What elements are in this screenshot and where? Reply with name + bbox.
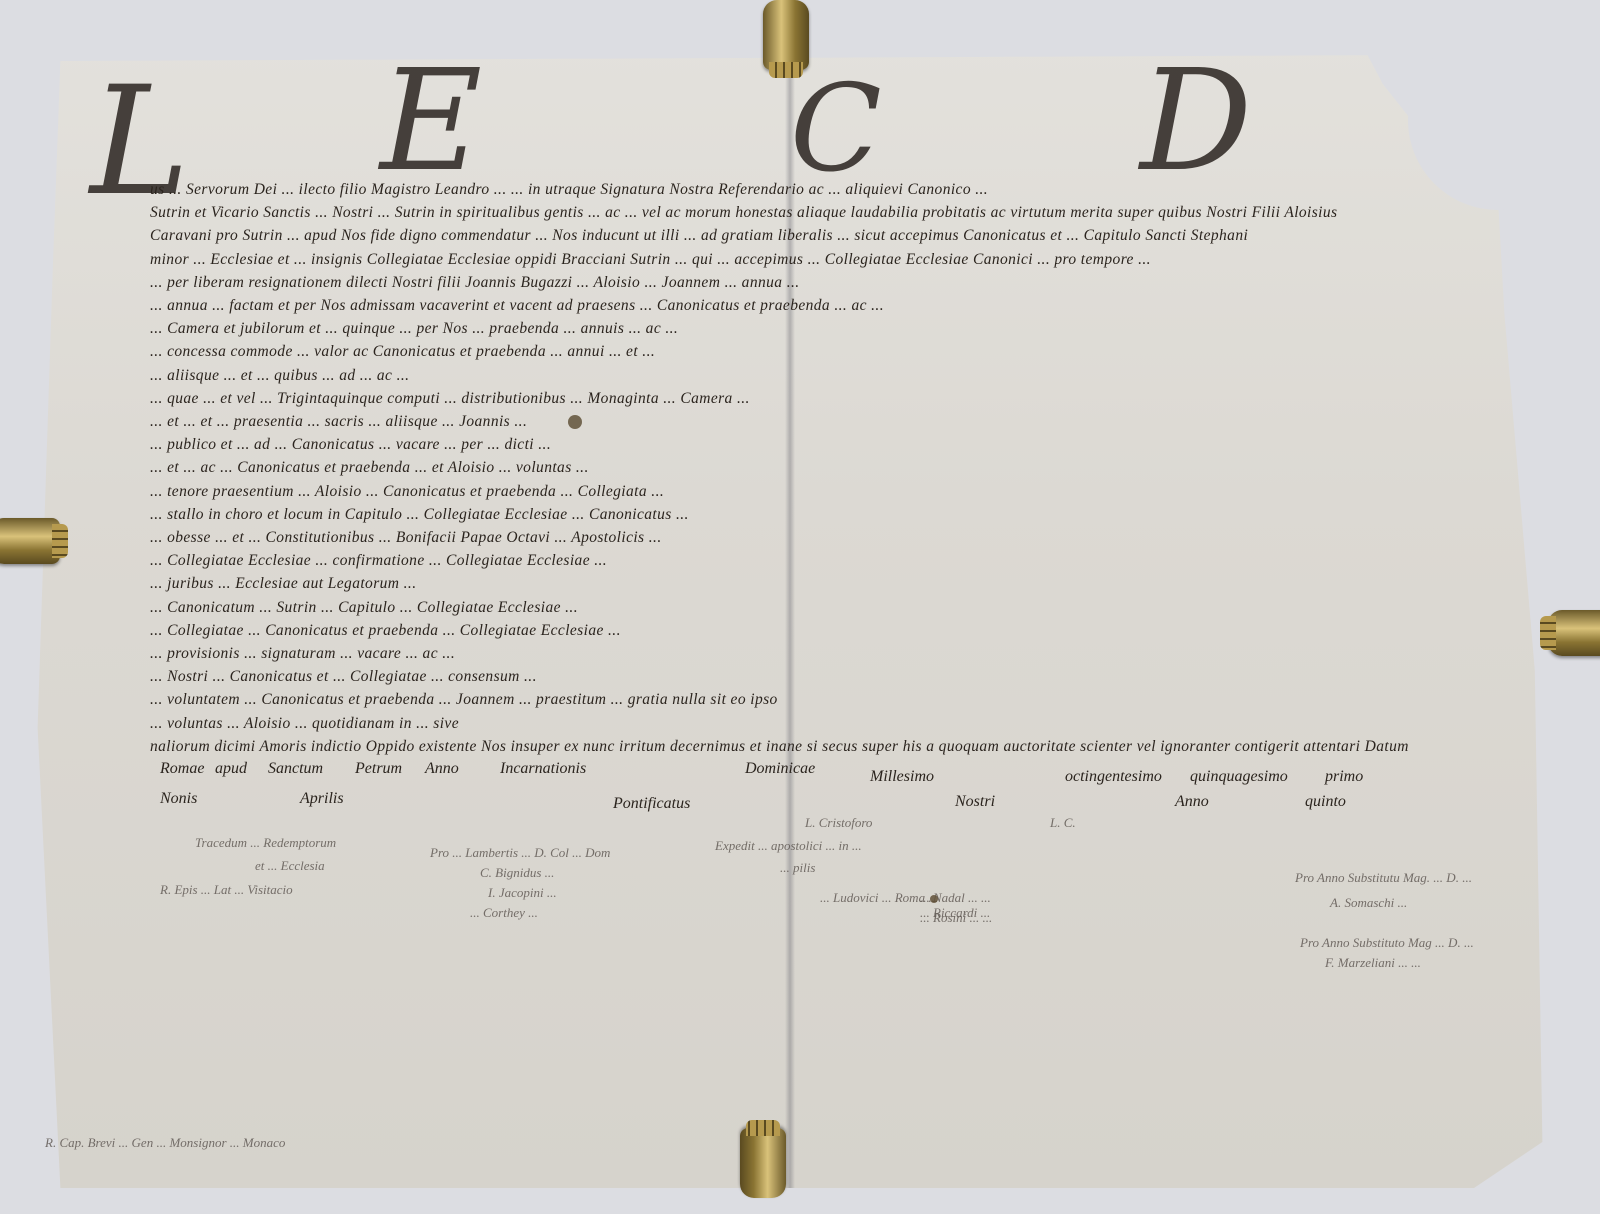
hand-holder-bottom-icon bbox=[740, 1128, 786, 1198]
date-word: Nonis bbox=[160, 790, 197, 808]
annotation-right: Pro Anno Substitutu Mag. ... D. ... bbox=[1295, 870, 1472, 886]
date-word: octingentesimo bbox=[1065, 768, 1162, 786]
annotation-bottom-left: R. Cap. Brevi ... Gen ... Monsignor ... … bbox=[45, 1135, 285, 1151]
body-line: ... et ... et ... praesentia ... sacris … bbox=[150, 410, 1530, 433]
body-line: us ... Servorum Dei ... ilecto filio Mag… bbox=[150, 178, 1530, 201]
annotation-center-right: ... Rosini ... ... bbox=[920, 910, 992, 926]
date-word: Romae bbox=[160, 760, 204, 778]
body-line: Sutrin et Vicario Sanctis ... Nostri ...… bbox=[150, 201, 1530, 224]
body-line: ... publico et ... ad ... Canonicatus ..… bbox=[150, 433, 1530, 456]
body-line: naliorum dicimi Amoris indictio Oppido e… bbox=[150, 735, 1530, 758]
body-line: ... et ... ac ... Canonicatus et praeben… bbox=[150, 456, 1530, 479]
body-line: ... concessa commode ... valor ac Canoni… bbox=[150, 340, 1530, 363]
annotation-center-right: L. C. bbox=[1050, 815, 1076, 831]
ink-stain bbox=[568, 415, 582, 429]
body-line: ... voluntatem ... Canonicatus et praebe… bbox=[150, 688, 1530, 711]
body-line: ... stallo in choro et locum in Capitulo… bbox=[150, 503, 1530, 526]
body-line: Caravani pro Sutrin ... apud Nos fide di… bbox=[150, 224, 1530, 247]
hand-holder-right-icon bbox=[1548, 610, 1600, 656]
body-line: ... tenore praesentium ... Aloisio ... C… bbox=[150, 480, 1530, 503]
annotation-center-left: ... Corthey ... bbox=[470, 905, 538, 921]
body-line: minor ... Ecclesiae et ... insignis Coll… bbox=[150, 248, 1530, 271]
annotation-lower-left: et ... Ecclesia bbox=[255, 858, 325, 874]
date-word: Incarnationis bbox=[500, 760, 586, 778]
date-word: Anno bbox=[425, 760, 459, 778]
annotation-center-left: C. Bignidus ... bbox=[480, 865, 554, 881]
annotation-right: A. Somaschi ... bbox=[1330, 895, 1407, 911]
hand-holder-top-icon bbox=[763, 0, 809, 70]
date-word: Anno bbox=[1175, 793, 1209, 811]
body-line: ... Canonicatum ... Sutrin ... Capitulo … bbox=[150, 596, 1530, 619]
date-word: Pontificatus bbox=[613, 795, 690, 813]
annotation-right: Pro Anno Substituto Mag ... D. ... bbox=[1300, 935, 1474, 951]
date-word: Dominicae bbox=[745, 760, 815, 778]
annotation-center-left: Pro ... Lambertis ... D. Col ... Dom bbox=[430, 845, 610, 861]
date-word: primo bbox=[1325, 768, 1363, 786]
ink-stain bbox=[930, 895, 938, 903]
body-line: ... quae ... et vel ... Trigintaquinque … bbox=[150, 387, 1530, 410]
date-word: quinquagesimo bbox=[1190, 768, 1288, 786]
body-line: ... provisionis ... signaturam ... vacar… bbox=[150, 642, 1530, 665]
body-line: ... Collegiatae Ecclesiae ... confirmati… bbox=[150, 549, 1530, 572]
date-word: apud bbox=[215, 760, 247, 778]
annotation-center: Expedit ... apostolici ... in ... bbox=[715, 838, 862, 854]
date-word: Aprilis bbox=[300, 790, 344, 808]
body-line: ... annua ... factam et per Nos admissam… bbox=[150, 294, 1530, 317]
body-line: ... per liberam resignationem dilecti No… bbox=[150, 271, 1530, 294]
annotation-center-left: I. Jacopini ... bbox=[488, 885, 557, 901]
date-word: Nostri bbox=[955, 793, 995, 811]
annotation-center: ... pilis bbox=[780, 860, 815, 876]
date-word: Millesimo bbox=[870, 768, 934, 786]
document-body: us ... Servorum Dei ... ilecto filio Mag… bbox=[150, 178, 1530, 758]
annotation-center: L. Cristoforo bbox=[805, 815, 872, 831]
date-word: Petrum bbox=[355, 760, 402, 778]
hand-holder-left-icon bbox=[0, 518, 60, 564]
body-line: ... juribus ... Ecclesiae aut Legatorum … bbox=[150, 572, 1530, 595]
body-line: ... voluntas ... Aloisio ... quotidianam… bbox=[150, 712, 1530, 735]
body-line: ... Collegiatae ... Canonicatus et praeb… bbox=[150, 619, 1530, 642]
body-line: ... aliisque ... et ... quibus ... ad ..… bbox=[150, 364, 1530, 387]
body-line: ... Camera et jubilorum et ... quinque .… bbox=[150, 317, 1530, 340]
body-line: ... obesse ... et ... Constitutionibus .… bbox=[150, 526, 1530, 549]
annotation-lower-left: R. Epis ... Lat ... Visitacio bbox=[160, 882, 293, 898]
annotation-right: F. Marzeliani ... ... bbox=[1325, 955, 1421, 971]
date-word: Sanctum bbox=[268, 760, 323, 778]
date-word: quinto bbox=[1305, 793, 1346, 811]
annotation-lower-left: Tracedum ... Redemptorum bbox=[195, 835, 336, 851]
body-line: ... Nostri ... Canonicatus et ... Colleg… bbox=[150, 665, 1530, 688]
